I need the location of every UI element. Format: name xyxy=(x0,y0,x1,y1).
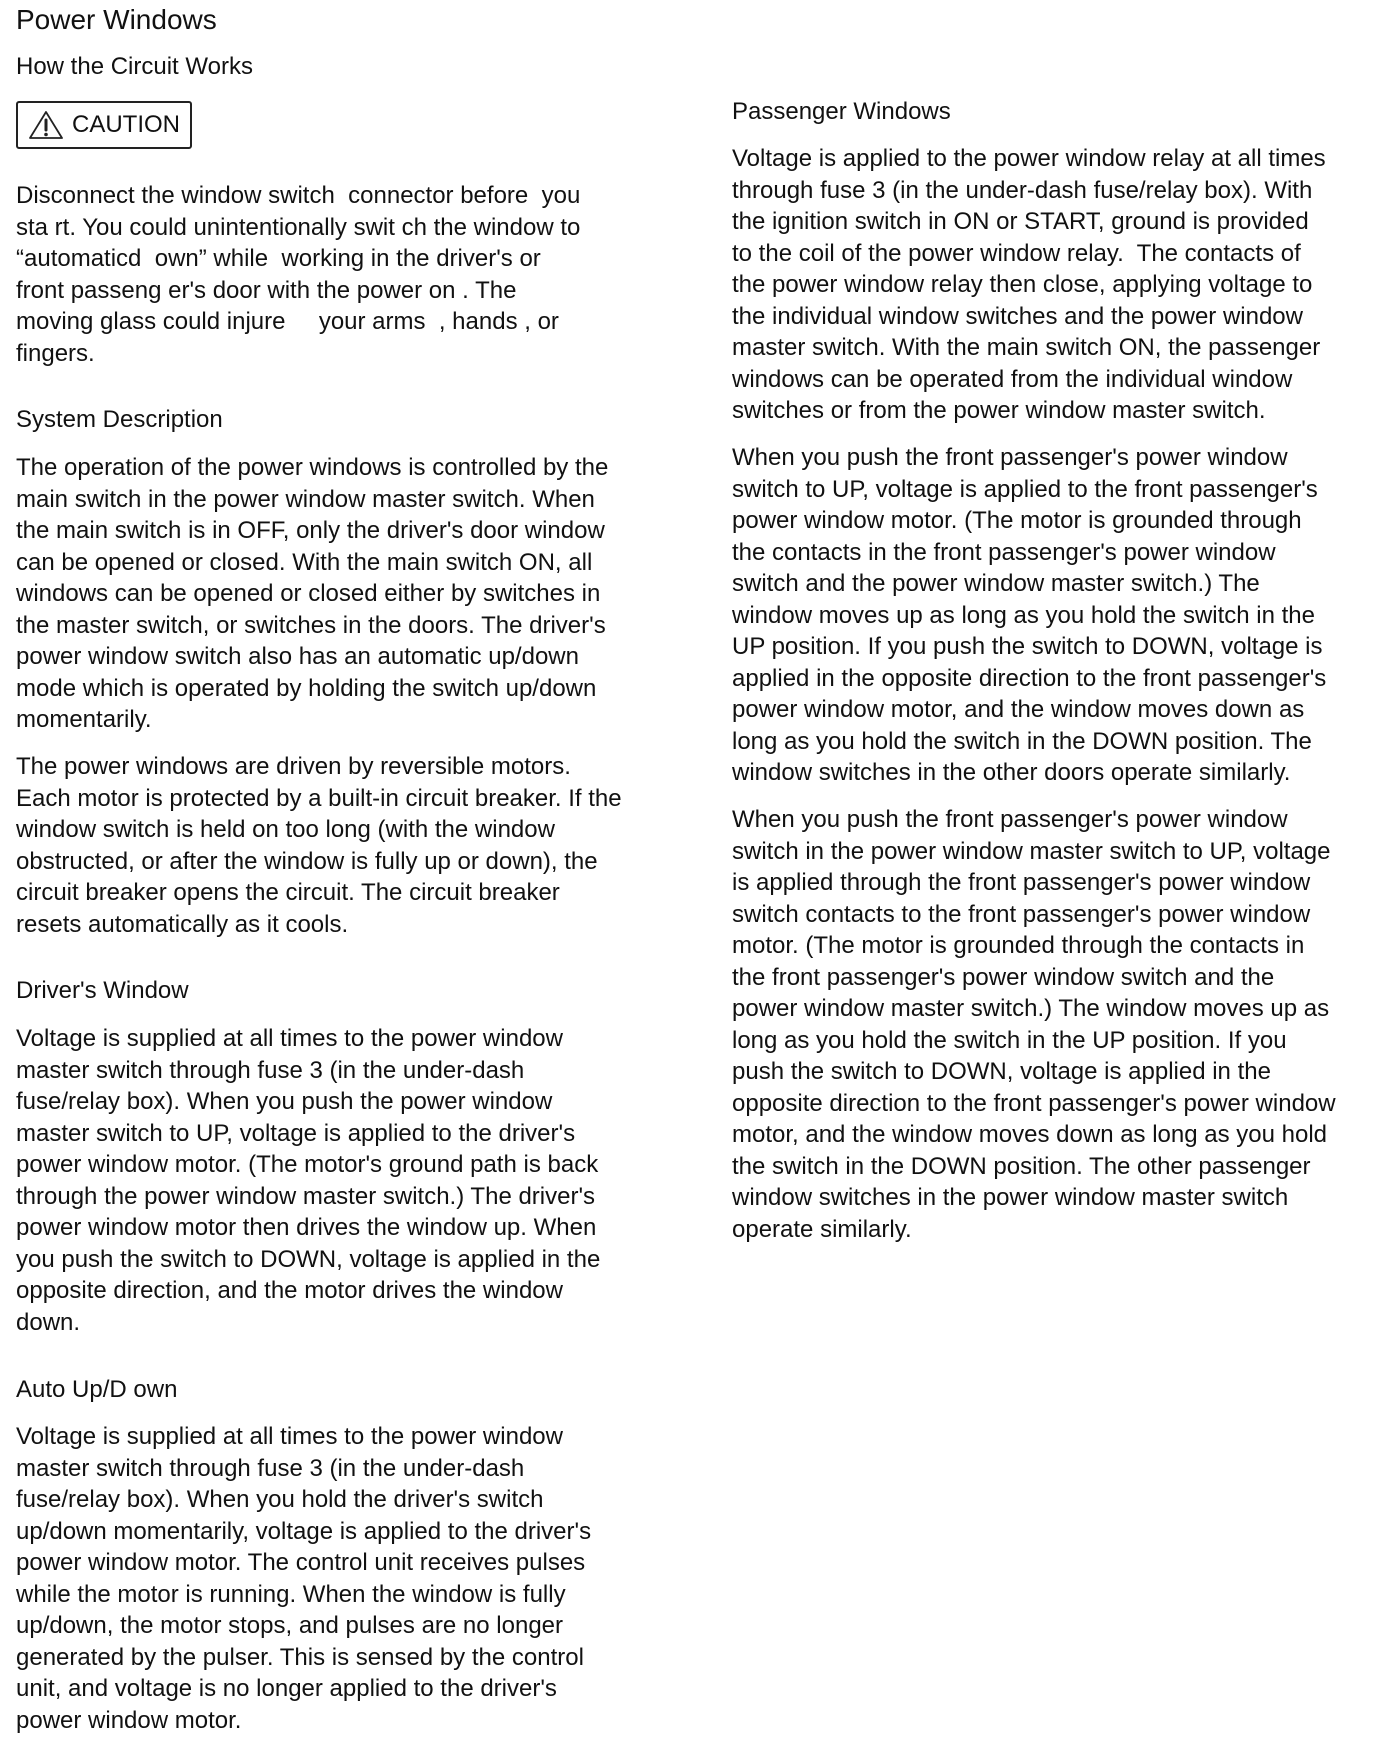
text-line: windows can be opened or closed either b… xyxy=(16,578,608,610)
section-heading-auto-up-down: Auto Up/D own xyxy=(16,1374,177,1406)
text-line: power window motor. xyxy=(16,1705,591,1737)
text-line: fuse/relay box). When you push the power… xyxy=(16,1086,600,1118)
text-line: When you push the front passenger's powe… xyxy=(732,442,1326,474)
text-line: generated by the pulser. This is sensed … xyxy=(16,1642,591,1674)
text-line: power window motor then drives the windo… xyxy=(16,1212,600,1244)
text-line: unit, and voltage is no longer applied t… xyxy=(16,1673,591,1705)
passenger-windows-paragraph-1: Voltage is applied to the power window r… xyxy=(732,143,1326,427)
text-line: the individual window switches and the p… xyxy=(732,301,1326,333)
text-line: window moves up as long as you hold the … xyxy=(732,600,1326,632)
auto-up-down-paragraph: Voltage is supplied at all times to the … xyxy=(16,1421,591,1736)
text-line: switch in the power window master switch… xyxy=(732,836,1336,868)
text-line: long as you hold the switch in the DOWN … xyxy=(732,726,1326,758)
text-line: The operation of the power windows is co… xyxy=(16,452,608,484)
text-line: moving glass could injure your arms , ha… xyxy=(16,306,580,338)
text-line: motor. (The motor is grounded through th… xyxy=(732,930,1336,962)
text-line: through fuse 3 (in the under-dash fuse/r… xyxy=(732,175,1326,207)
text-line: The power windows are driven by reversib… xyxy=(16,751,622,783)
text-line: switch and the power window master switc… xyxy=(732,568,1326,600)
text-line: obstructed, or after the window is fully… xyxy=(16,846,622,878)
text-line: power window motor, and the window moves… xyxy=(732,694,1326,726)
text-line: “automaticd own” while working in the dr… xyxy=(16,243,580,275)
text-line: master switch to UP, voltage is applied … xyxy=(16,1118,600,1150)
text-line: the contacts in the front passenger's po… xyxy=(732,537,1326,569)
text-line: power window master switch.) The window … xyxy=(732,993,1336,1025)
page-title: Power Windows xyxy=(16,2,217,38)
text-line: UP position. If you push the switch to D… xyxy=(732,631,1326,663)
text-line: main switch in the power window master s… xyxy=(16,484,608,516)
section-heading-passenger-windows: Passenger Windows xyxy=(732,96,951,128)
text-line: power window switch also has an automati… xyxy=(16,641,608,673)
text-line: can be opened or closed. With the main s… xyxy=(16,547,608,579)
text-line: is applied through the front passenger's… xyxy=(732,867,1336,899)
text-line: sta rt. You could unintentionally swit c… xyxy=(16,212,580,244)
text-line: you push the switch to DOWN, voltage is … xyxy=(16,1244,600,1276)
text-line: When you push the front passenger's powe… xyxy=(732,804,1336,836)
text-line: fuse/relay box). When you hold the drive… xyxy=(16,1484,591,1516)
drivers-window-paragraph: Voltage is supplied at all times to the … xyxy=(16,1023,600,1338)
text-line: opposite direction, and the motor drives… xyxy=(16,1275,600,1307)
text-line: the master switch, or switches in the do… xyxy=(16,610,608,642)
text-line: window switches in the power window mast… xyxy=(732,1182,1336,1214)
text-line: Disconnect the window switch connector b… xyxy=(16,180,580,212)
text-line: Voltage is applied to the power window r… xyxy=(732,143,1326,175)
text-line: up/down, the motor stops, and pulses are… xyxy=(16,1610,591,1642)
caution-text: Disconnect the window switch connector b… xyxy=(16,180,580,369)
text-line: momentarily. xyxy=(16,704,608,736)
text-line: up/down momentarily, voltage is applied … xyxy=(16,1516,591,1548)
text-line: switches or from the power window master… xyxy=(732,395,1326,427)
section-heading-how-circuit-works: How the Circuit Works xyxy=(16,51,253,83)
system-description-paragraph-1: The operation of the power windows is co… xyxy=(16,452,608,736)
text-line: down. xyxy=(16,1307,600,1339)
section-heading-system-description: System Description xyxy=(16,404,223,436)
text-line: motor, and the window moves down as long… xyxy=(732,1119,1336,1151)
text-line: operate similarly. xyxy=(732,1214,1336,1246)
text-line: master switch through fuse 3 (in the und… xyxy=(16,1055,600,1087)
text-line: the main switch is in OFF, only the driv… xyxy=(16,515,608,547)
text-line: long as you hold the switch in the UP po… xyxy=(732,1025,1336,1057)
text-line: while the motor is running. When the win… xyxy=(16,1579,591,1611)
text-line: windows can be operated from the individ… xyxy=(732,364,1326,396)
caution-label: CAUTION xyxy=(72,110,180,140)
text-line: power window motor. (The motor is ground… xyxy=(732,505,1326,537)
text-line: front passeng er's door with the power o… xyxy=(16,275,580,307)
text-line: to the coil of the power window relay. T… xyxy=(732,238,1326,270)
system-description-paragraph-2: The power windows are driven by reversib… xyxy=(16,751,622,940)
passenger-windows-paragraph-3: When you push the front passenger's powe… xyxy=(732,804,1336,1245)
passenger-windows-paragraph-2: When you push the front passenger's powe… xyxy=(732,442,1326,789)
text-line: Voltage is supplied at all times to the … xyxy=(16,1421,591,1453)
text-line: Each motor is protected by a built-in ci… xyxy=(16,783,622,815)
text-line: resets automatically as it cools. xyxy=(16,909,622,941)
text-line: Voltage is supplied at all times to the … xyxy=(16,1023,600,1055)
text-line: opposite direction to the front passenge… xyxy=(732,1088,1336,1120)
text-line: fingers. xyxy=(16,338,580,370)
text-line: the front passenger's power window switc… xyxy=(732,962,1336,994)
text-line: circuit breaker opens the circuit. The c… xyxy=(16,877,622,909)
text-line: power window motor. The control unit rec… xyxy=(16,1547,591,1579)
section-heading-drivers-window: Driver's Window xyxy=(16,975,189,1007)
text-line: switch contacts to the front passenger's… xyxy=(732,899,1336,931)
text-line: master switch through fuse 3 (in the und… xyxy=(16,1453,591,1485)
text-line: window switch is held on too long (with … xyxy=(16,814,622,846)
text-line: through the power window master switch.)… xyxy=(16,1181,600,1213)
text-line: the power window relay then close, apply… xyxy=(732,269,1326,301)
text-line: switch to UP, voltage is applied to the … xyxy=(732,474,1326,506)
text-line: mode which is operated by holding the sw… xyxy=(16,673,608,705)
text-line: push the switch to DOWN, voltage is appl… xyxy=(732,1056,1336,1088)
text-line: applied in the opposite direction to the… xyxy=(732,663,1326,695)
text-line: master switch. With the main switch ON, … xyxy=(732,332,1326,364)
caution-badge: CAUTION xyxy=(16,101,192,149)
text-line: power window motor. (The motor's ground … xyxy=(16,1149,600,1181)
text-line: the ignition switch in ON or START, grou… xyxy=(732,206,1326,238)
text-line: window switches in the other doors opera… xyxy=(732,757,1326,789)
warning-triangle-icon xyxy=(28,110,64,140)
text-line: the switch in the DOWN position. The oth… xyxy=(732,1151,1336,1183)
